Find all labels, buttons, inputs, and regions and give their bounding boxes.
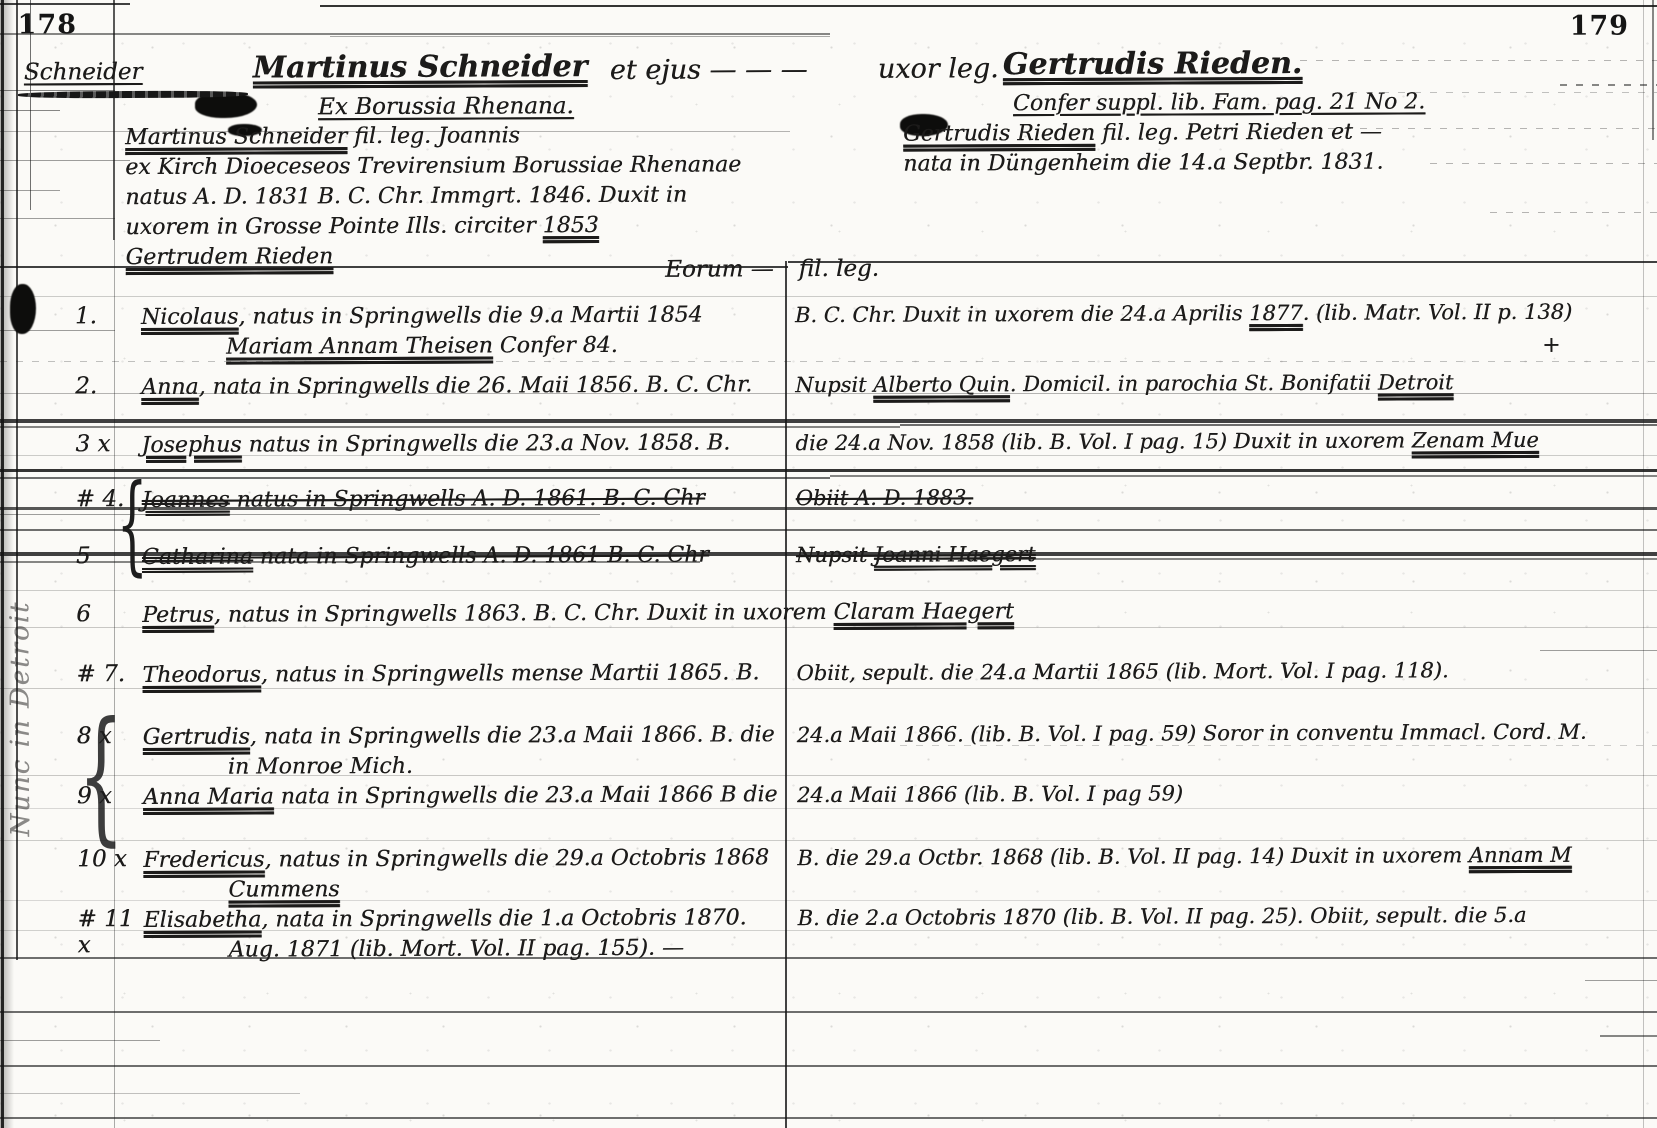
text-segment: . Domicil. in parochia St. Bonifatii <box>1010 371 1378 397</box>
child-entry-line: B. C. Chr. Duxit in uxorem die 24.a Apri… <box>795 296 1656 330</box>
child-entry-left: Petrus, natus in Springwells 1863. B. C.… <box>142 598 782 631</box>
child-entry-line: Elisabetha, nata in Springwells die 1.a … <box>143 903 783 936</box>
child-entry-right: B. C. Chr. Duxit in uxorem die 24.a Apri… <box>781 296 1656 360</box>
margin-surname-strike <box>18 91 248 99</box>
text-segment: 24.a Maii 1866 (lib. B. Vol. I pag 59) <box>797 781 1183 807</box>
child-entry-line: Nupsit Joanni Haegert <box>796 536 1657 570</box>
text-segment: Detroit <box>1378 370 1454 394</box>
text-segment: die 24.a Nov. 1858 (lib. B. Vol. I pag. … <box>795 428 1411 455</box>
brace-rows-4-5-icon: { <box>116 471 147 579</box>
child-entry-line: Anna Maria nata in Springwells die 23.a … <box>143 780 783 813</box>
text-segment: B. die 29.a Octbr. 1868 (lib. B. Vol. II… <box>797 843 1469 870</box>
text-segment: Annam M <box>1469 843 1572 867</box>
child-entry-left: Elisabetha, nata in Springwells die 1.a … <box>143 903 783 966</box>
child-entry-line: B. die 29.a Octbr. 1868 (lib. B. Vol. II… <box>797 839 1657 873</box>
children-header-left: Eorum — <box>559 256 774 283</box>
child-row: 8 xGertrudis, nata in Springwells die 23… <box>71 716 1657 783</box>
text-segment: , nata in Springwells die 26. Maii 1856.… <box>199 372 753 399</box>
page-number-left: 178 <box>18 9 78 40</box>
child-entry-left: Nicolaus, natus in Springwells die 9.a M… <box>141 300 781 363</box>
child-entry-left: Anna Maria nata in Springwells die 23.a … <box>143 780 783 813</box>
child-entry-right: Nupsit Joanni Haegert <box>782 536 1657 570</box>
child-entry-line: Obiit A. D. 1883. <box>796 479 1657 513</box>
child-entry-line: Mariam Annam Theisen Confer 84. <box>141 330 781 363</box>
text-segment: Theodorus <box>142 662 261 688</box>
child-entry-left: Joannes natus in Springwells A. D. 1861.… <box>142 483 782 516</box>
text-segment: Anna <box>141 375 198 400</box>
text-segment: , nata in Springwells die 1.a Octobris 1… <box>261 905 746 932</box>
child-row: # 4.Joannes natus in Springwells A. D. 1… <box>70 479 1657 516</box>
text-segment: 24.a Maii 1866. (lib. B. Vol. I pag. 59)… <box>797 720 1587 747</box>
header-husband-origin: Ex Borussia Rhenana. <box>318 93 574 120</box>
text-segment: fil. leg. Petri Rieden et — <box>1095 120 1382 146</box>
text-segment: Joanni Haegert <box>874 542 1036 567</box>
text-segment: Alberto Quin <box>873 372 1010 397</box>
text-segment: , natus in Springwells die 9.a Martii 18… <box>238 303 702 330</box>
child-number: 1. <box>69 303 141 363</box>
child-entry-left: Gertrudis, nata in Springwells die 23.a … <box>143 720 783 783</box>
child-entry-line: Josephus natus in Springwells die 23.a N… <box>141 428 781 461</box>
child-entry-right: Nupsit Alberto Quin. Domicil. in parochi… <box>781 366 1656 400</box>
child-entry-line: Anna, nata in Springwells die 26. Maii 1… <box>141 370 781 403</box>
text-segment: fil. leg. Joannis <box>347 123 520 149</box>
child-entry-right: B. die 2.a Octobris 1870 (lib. B. Vol. I… <box>783 899 1657 963</box>
husband-line: uxorem in Grosse Pointe Ills. circiter 1… <box>125 210 741 243</box>
text-segment: Josephus <box>141 433 241 458</box>
text-segment: Zenam Mue <box>1412 428 1539 453</box>
text-segment: , natus in Springwells die 29.a Octobris… <box>264 845 769 872</box>
text-segment: , natus in Springwells 1863. B. C. Chr. … <box>214 600 834 628</box>
child-entry-line: in Monroe Mich. <box>143 750 783 783</box>
header-husband-name: Martinus Schneider <box>253 49 588 85</box>
wife-line: Gertrudis Rieden fil. leg. Petri Rieden … <box>903 118 1383 150</box>
text-segment: Gertrudem Rieden <box>126 244 334 270</box>
husband-line: Martinus Schneider fil. leg. Joannis <box>125 120 741 153</box>
text-segment: Nupsit <box>796 543 874 567</box>
child-number: 3 x <box>69 431 141 461</box>
child-number: # 7. <box>70 661 142 691</box>
text-segment: . (lib. Matr. Vol. II p. 138) <box>1303 300 1573 325</box>
child-entry-line: 24.a Maii 1866. (lib. B. Vol. I pag. 59)… <box>797 716 1657 750</box>
child-number: # 11 x <box>71 906 143 966</box>
child-entry-left: Anna, nata in Springwells die 26. Maii 1… <box>141 370 781 403</box>
child-row: 10 xFredericus, natus in Springwells die… <box>71 839 1657 906</box>
child-entry-line: Fredericus, natus in Springwells die 29.… <box>143 843 783 876</box>
child-entry-right: die 24.a Nov. 1858 (lib. B. Vol. I pag. … <box>781 424 1656 458</box>
text-segment: Gertrudis <box>143 725 250 750</box>
husband-line: natus A. D. 1831 B. C. Chr. Immgrt. 1846… <box>125 180 741 213</box>
text-segment: Petrus <box>142 603 214 628</box>
text-segment: Confer 84. <box>493 333 618 359</box>
text-segment: Obiit, sepult. die 24.a Martii 1865 (lib… <box>796 658 1448 685</box>
child-entry-left: Catharina nata in Springwells A. D. 1861… <box>142 540 782 573</box>
text-segment: , nata in Springwells die 23.a Maii 1866… <box>250 722 775 749</box>
wife-paragraph: Gertrudis Rieden fil. leg. Petri Rieden … <box>903 118 1383 180</box>
children-rows: 1.Nicolaus, natus in Springwells die 9.a… <box>69 291 1657 966</box>
text-segment: uxorem in Grosse Pointe Ills. circiter <box>125 213 542 240</box>
text-segment: , natus in Springwells mense Martii 1865… <box>261 660 760 687</box>
plus-mark: + <box>1542 333 1561 358</box>
page-number-right: 179 <box>1570 11 1630 42</box>
child-entry-right <box>782 594 1657 628</box>
text-segment: Mariam Annam Theisen <box>226 333 493 359</box>
text-segment: in Monroe Mich. <box>228 754 413 780</box>
child-entry-right: Obiit, sepult. die 24.a Martii 1865 (lib… <box>782 654 1657 688</box>
child-entry-line: Catharina nata in Springwells A. D. 1861… <box>142 540 782 573</box>
text-segment: Martinus Schneider <box>125 124 347 150</box>
child-entry-right: Obiit A. D. 1883. <box>782 479 1657 513</box>
text-segment: B. C. Chr. Duxit in uxorem die 24.a Apri… <box>795 301 1249 327</box>
text-segment: Fredericus <box>143 847 264 873</box>
child-entry-line: Obiit, sepult. die 24.a Martii 1865 (lib… <box>796 654 1657 688</box>
brace-rows-8-9-icon: { <box>78 703 125 848</box>
text-segment: Anna Maria <box>143 784 274 810</box>
text-segment: ex Kirch Dioeceseos Trevirensium Borussi… <box>125 152 741 180</box>
child-row: 2.Anna, nata in Springwells die 26. Maii… <box>69 366 1656 403</box>
header-wife-name: Gertrudis Rieden. <box>1003 46 1303 82</box>
text-segment: Obiit A. D. 1883. <box>796 485 973 510</box>
child-number: 2. <box>69 373 141 403</box>
header-wife-prefix: uxor leg. <box>878 53 999 85</box>
husband-paragraph: Martinus Schneider fil. leg. Joannis ex … <box>125 120 742 273</box>
header-wife-reference: Confer suppl. lib. Fam. pag. 21 No 2. <box>1013 89 1425 116</box>
child-entry-line: Cummens <box>143 873 783 906</box>
text-segment: nata in Springwells die 23.a Maii 1866 B… <box>274 782 778 809</box>
child-entry-line: Petrus, natus in Springwells 1863. B. C.… <box>142 598 782 631</box>
register-page: 178 179 Schneider Nunc in Detroit Martin… <box>0 0 1657 1128</box>
text-segment: nata in Düngenheim die 14.a Septbr. 1831… <box>903 150 1383 177</box>
child-entry-left: Josephus natus in Springwells die 23.a N… <box>141 428 781 461</box>
child-entry-line: B. die 2.a Octobris 1870 (lib. B. Vol. I… <box>797 899 1657 933</box>
child-entry-line: Aug. 1871 (lib. Mort. Vol. II pag. 155).… <box>144 933 784 966</box>
text-segment: B. die 2.a Octobris 1870 (lib. B. Vol. I… <box>797 903 1526 930</box>
text-segment: Aug. 1871 (lib. Mort. Vol. II pag. 155).… <box>229 936 684 963</box>
child-entry-left: Fredericus, natus in Springwells die 29.… <box>143 843 783 906</box>
text-segment: Nicolaus <box>141 305 239 330</box>
child-entry-line: Joannes natus in Springwells A. D. 1861.… <box>142 483 782 516</box>
husband-line: ex Kirch Dioeceseos Trevirensium Borussi… <box>125 150 741 183</box>
child-row: 5Catharina nata in Springwells A. D. 186… <box>70 536 1657 573</box>
wife-line: nata in Düngenheim die 14.a Septbr. 1831… <box>903 148 1383 180</box>
child-row: # 7.Theodorus, natus in Springwells mens… <box>70 654 1657 691</box>
header-connector: et ejus — — — <box>610 54 808 86</box>
child-row: # 11 xElisabetha, nata in Springwells di… <box>71 899 1657 966</box>
margin-surname: Schneider <box>24 59 143 86</box>
child-row: 9 xAnna Maria nata in Springwells die 23… <box>71 776 1657 813</box>
child-entry-line: 24.a Maii 1866 (lib. B. Vol. I pag 59) <box>797 776 1657 810</box>
text-segment: Gertrudis Rieden <box>903 121 1095 147</box>
child-entry-left: Theodorus, natus in Springwells mense Ma… <box>142 658 782 691</box>
margin-note-vertical: Nunc in Detroit <box>5 568 36 868</box>
child-entry-line: Nicolaus, natus in Springwells die 9.a M… <box>141 300 781 333</box>
text-segment: 1853 <box>543 213 599 238</box>
child-row: 3 xJosephus natus in Springwells die 23.… <box>69 424 1656 461</box>
text-segment: Nupsit <box>795 373 873 397</box>
child-row: 1.Nicolaus, natus in Springwells die 9.a… <box>69 296 1656 363</box>
child-entry-right: 24.a Maii 1866. (lib. B. Vol. I pag. 59)… <box>783 716 1657 780</box>
text-segment: Joannes <box>142 488 230 513</box>
child-entry-line: Gertrudis, nata in Springwells die 23.a … <box>143 720 783 753</box>
child-entry-right: 24.a Maii 1866 (lib. B. Vol. I pag 59) <box>783 776 1657 810</box>
text-segment: 1877 <box>1249 301 1303 325</box>
child-entry-line: die 24.a Nov. 1858 (lib. B. Vol. I pag. … <box>795 424 1656 458</box>
text-segment: natus in Springwells A. D. 1861. B. C. C… <box>229 486 704 513</box>
text-segment: Catharina <box>142 545 253 570</box>
child-row: 6Petrus, natus in Springwells 1863. B. C… <box>70 594 1657 631</box>
text-segment: natus A. D. 1831 B. C. Chr. Immgrt. 1846… <box>125 183 687 210</box>
child-number: 6 <box>70 601 142 631</box>
text-segment: Cummens <box>228 877 339 902</box>
text-segment: nata in Springwells A. D. 1861 B. C. Chr <box>253 543 709 570</box>
child-entry-line: Theodorus, natus in Springwells mense Ma… <box>142 658 782 691</box>
child-entry-line: Nupsit Alberto Quin. Domicil. in parochi… <box>795 366 1656 400</box>
text-segment: Elisabetha <box>143 907 261 933</box>
children-header-right: fil. leg. <box>799 256 879 282</box>
text-segment: natus in Springwells die 23.a Nov. 1858.… <box>242 430 731 457</box>
child-entry-right: B. die 29.a Octbr. 1868 (lib. B. Vol. II… <box>783 839 1657 903</box>
